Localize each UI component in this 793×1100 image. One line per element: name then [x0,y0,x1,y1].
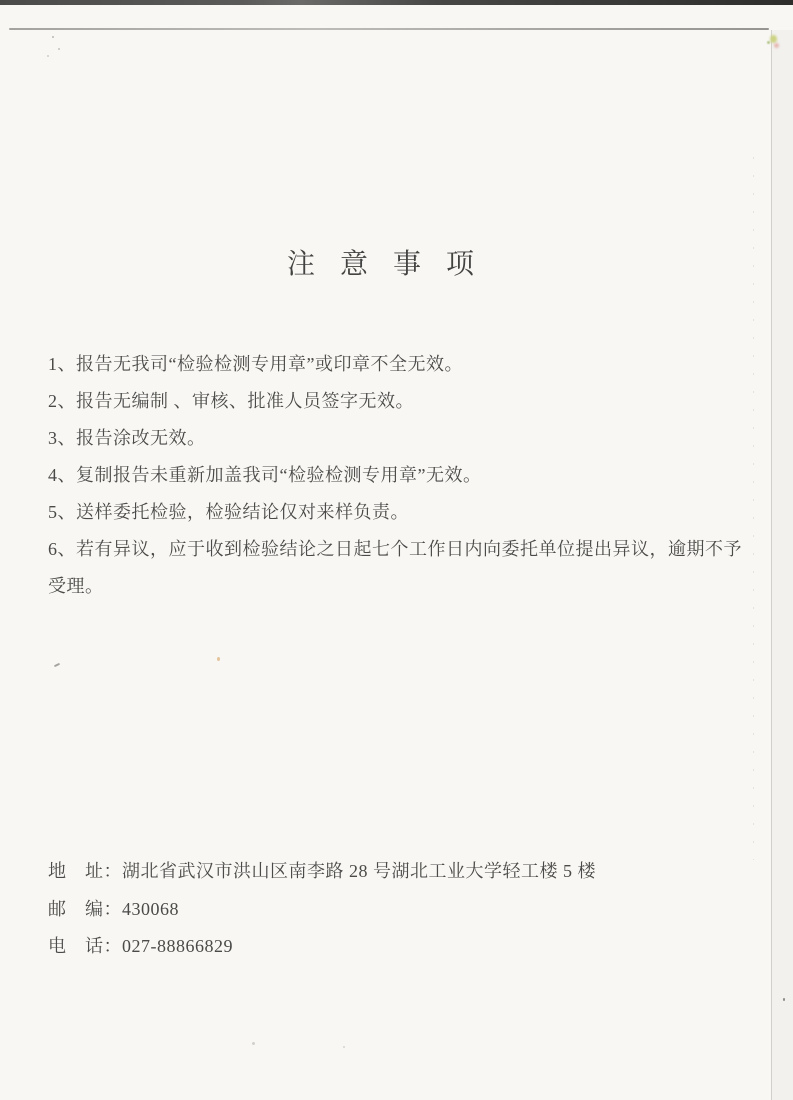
notice-item-1: 1、报告无我司“检验检测专用章”或印章不全无效。 [48,346,756,383]
scan-speck [343,1046,345,1048]
scan-speck [52,36,54,38]
scan-speck [217,657,220,661]
contact-phone-line: 电 话：027-88866829 [48,928,748,966]
notice-item-6: 6、若有异议，应于收到检验结论之日起七个工作日内向委托单位提出异议，逾期不予受理… [48,531,756,605]
address-label: 地 址： [48,853,122,891]
notice-item-4: 4、复制报告未重新加盖我司“检验检测专用章”无效。 [48,457,756,494]
scan-speck [774,43,779,48]
scan-edge-strip [772,30,793,1100]
scan-speck [54,663,60,667]
postal-label: 邮 编： [48,891,122,929]
address-value: 湖北省武汉市洪山区南李路 28 号湖北工业大学轻工楼 5 楼 [122,861,596,881]
page-title: 注 意 事 项 [0,242,770,282]
notice-item-3: 3、报告涂改无效。 [48,420,756,457]
contact-postal-line: 邮 编：430068 [48,891,748,929]
notice-item-2: 2、报告无编制 、审核、批准人员签字无效。 [48,383,756,420]
scan-speck [770,35,777,43]
scan-edge-top [0,0,793,5]
phone-label: 电 话： [48,928,122,966]
scan-speck [783,998,785,1001]
scan-speck [58,48,60,50]
notice-item-5: 5、送样委托检验，检验结论仅对来样负责。 [48,494,756,531]
scan-speck [252,1042,255,1045]
postal-value: 430068 [122,899,179,919]
contact-address-line: 地 址：湖北省武汉市洪山区南李路 28 号湖北工业大学轻工楼 5 楼 [48,853,748,891]
notice-list: 1、报告无我司“检验检测专用章”或印章不全无效。 2、报告无编制 、审核、批准人… [48,346,756,605]
contact-block: 地 址：湖北省武汉市洪山区南李路 28 号湖北工业大学轻工楼 5 楼 邮 编：4… [48,853,748,966]
scanned-notice-page: 注 意 事 项 1、报告无我司“检验检测专用章”或印章不全无效。 2、报告无编制… [0,0,793,1100]
scan-edge-line [771,30,772,1100]
phone-value: 027-88866829 [122,936,233,956]
scan-fold-line [9,28,769,30]
scan-speck [47,55,49,57]
scan-speck [767,41,770,44]
